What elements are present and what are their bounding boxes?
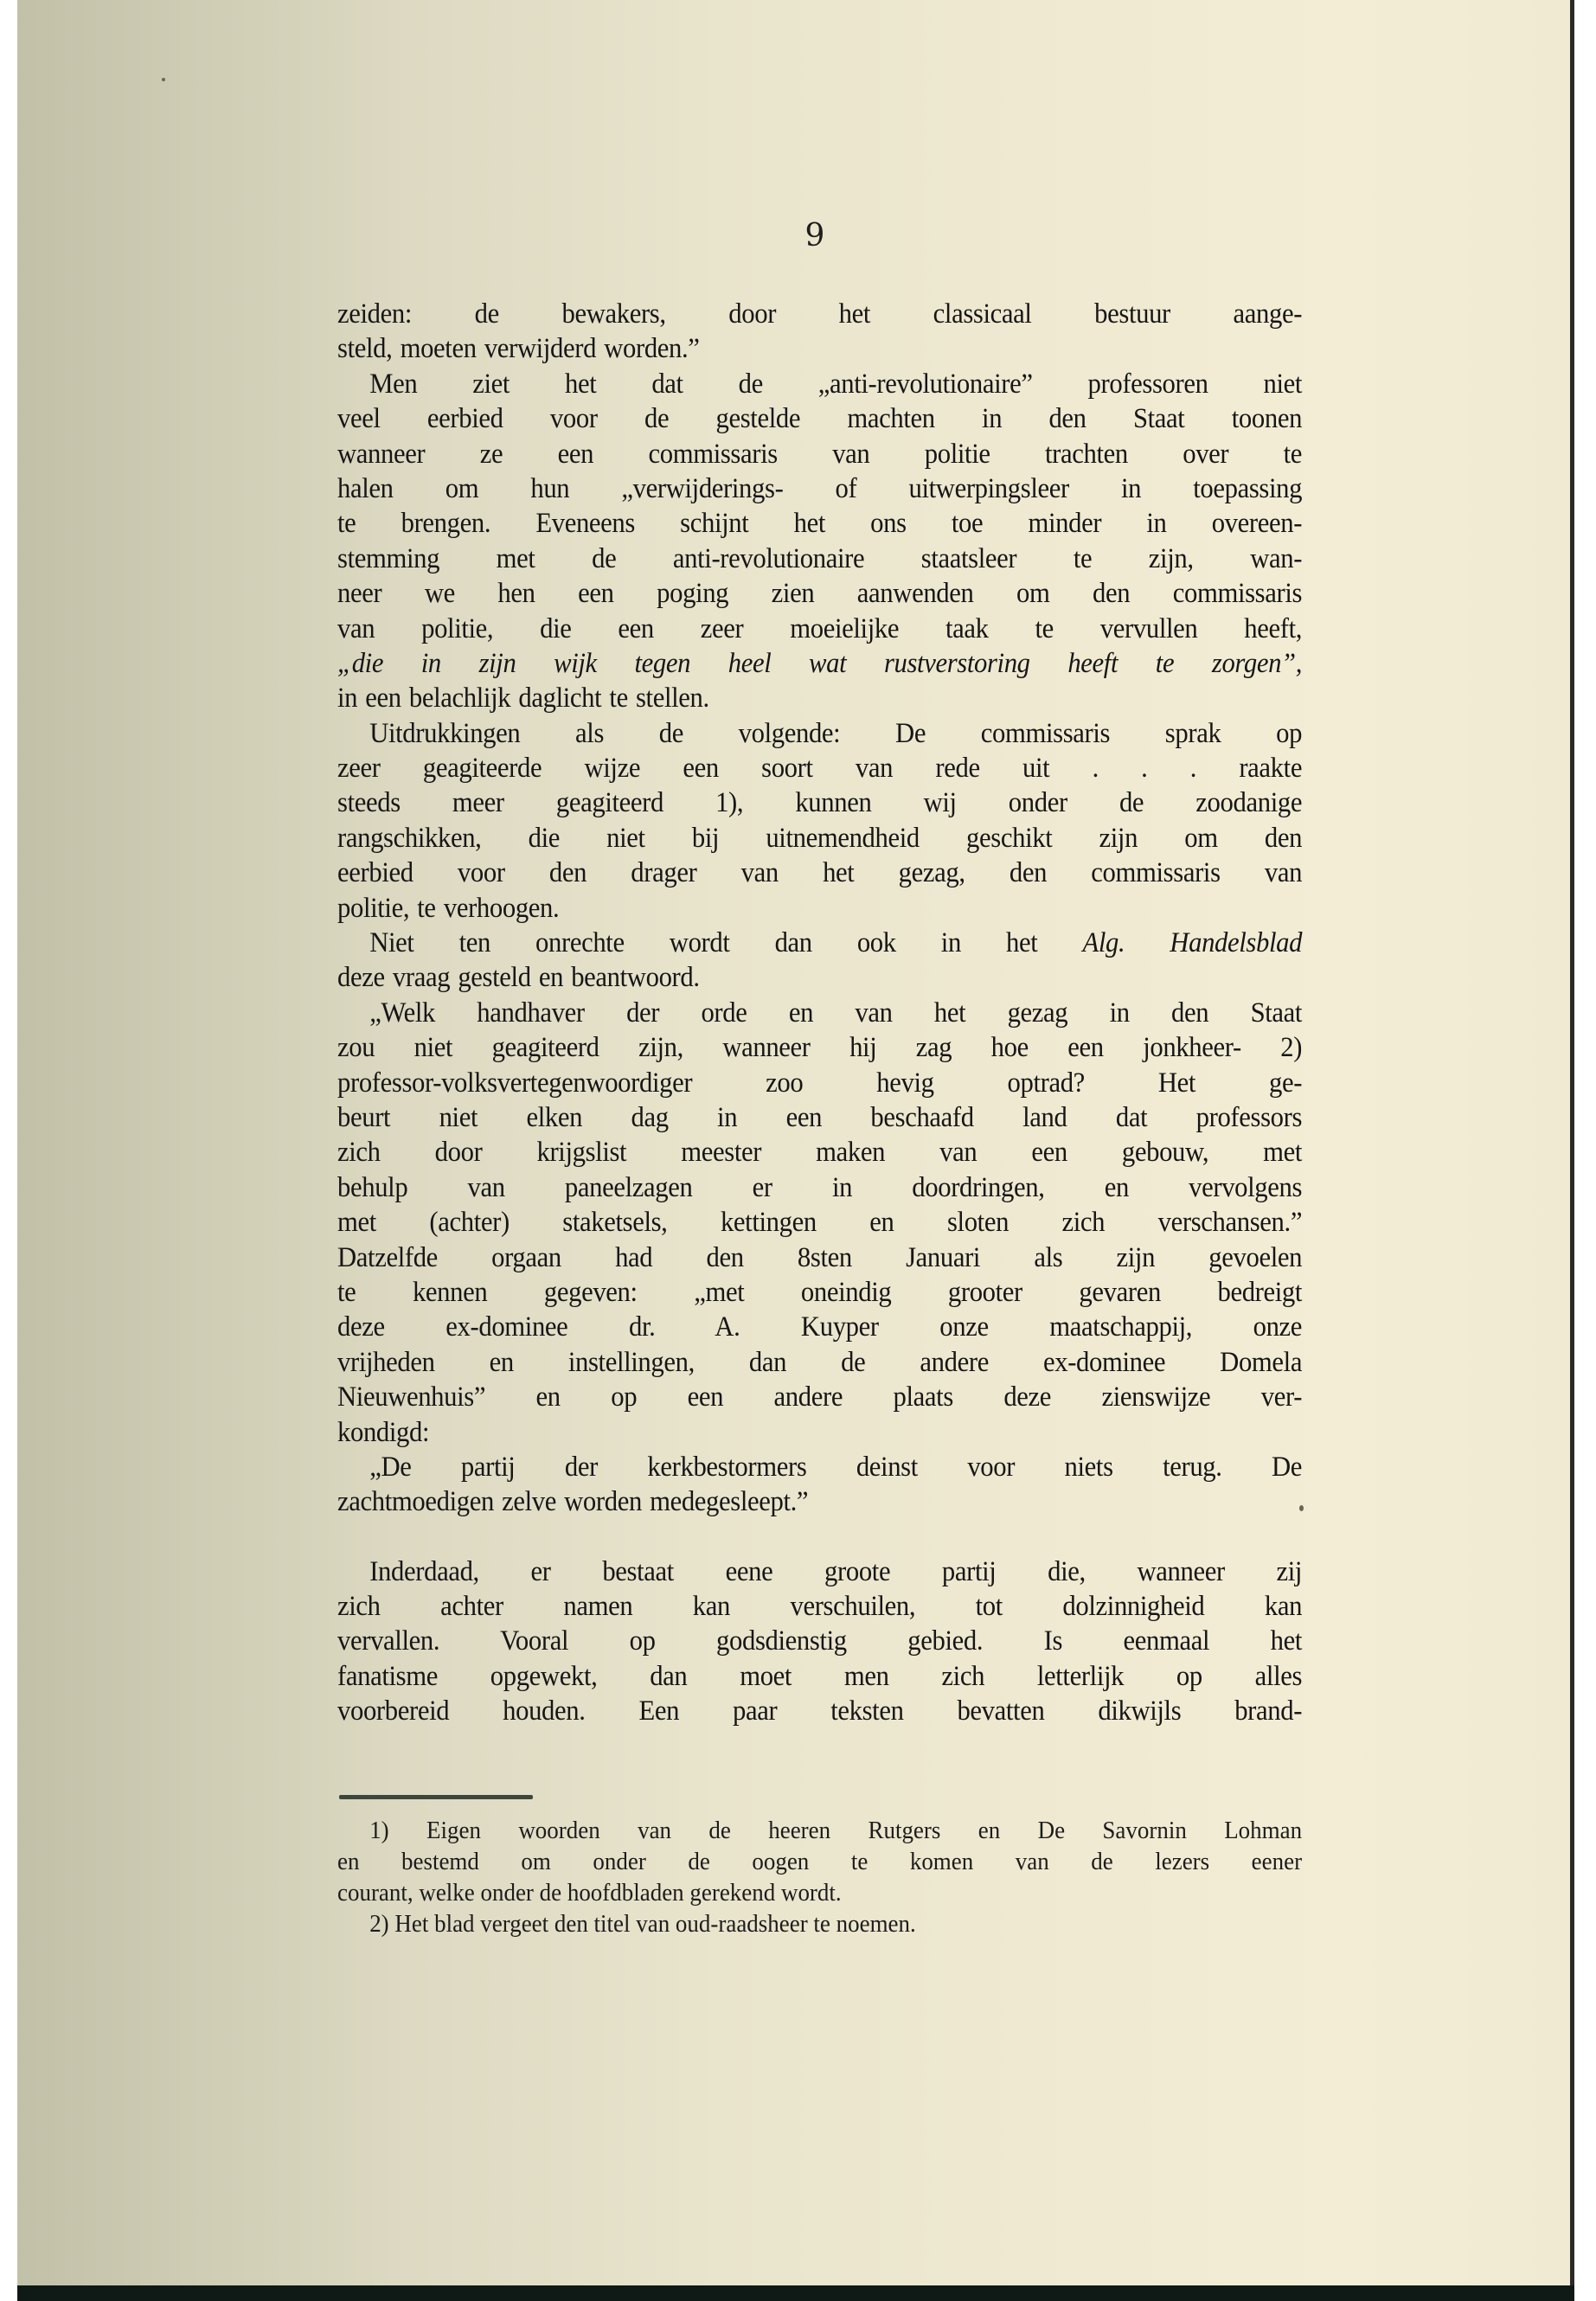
text-line: wanneer ze een commissaris van politie t… bbox=[337, 437, 1302, 471]
text-line: in een belachlijk daglicht te stellen. bbox=[337, 681, 1302, 715]
text-line: Men ziet het dat de „anti-revolutionaire… bbox=[337, 367, 1302, 401]
text-line: te brengen. Eveneens schijnt het ons toe… bbox=[337, 506, 1302, 541]
text-line: politie, te verhoogen. bbox=[337, 891, 1302, 926]
text-line: fanatisme opgewekt, dan moet men zich le… bbox=[337, 1659, 1302, 1694]
text-line: stemming met de anti-revolutionaire staa… bbox=[337, 542, 1302, 576]
text-line: te kennen gegeven: „met oneindig grooter… bbox=[337, 1275, 1302, 1310]
paper-speck bbox=[162, 78, 165, 81]
newspaper-title: Alg. Handelsblad bbox=[1082, 927, 1302, 958]
footnote-line: 2) Het blad vergeet den titel van oud-ra… bbox=[337, 1908, 1302, 1939]
text-line: deze ex-dominee dr. A. Kuyper onze maats… bbox=[337, 1310, 1302, 1344]
paper-speck bbox=[1299, 1505, 1304, 1511]
text-line: „Welk handhaver der orde en van het geza… bbox=[337, 996, 1302, 1030]
paragraph-gap bbox=[337, 1520, 1302, 1554]
footnote-rule bbox=[339, 1795, 533, 1799]
text-line: „De partij der kerkbestormers deinst voo… bbox=[337, 1450, 1302, 1484]
text-segment: Niet ten onrechte wordt dan ook in het bbox=[369, 927, 1037, 958]
text-line: kondigd: bbox=[337, 1415, 1302, 1450]
text-line: voorbereid houden. Een paar teksten beva… bbox=[337, 1694, 1302, 1728]
text-line: Uitdrukkingen als de volgende: De commis… bbox=[337, 716, 1302, 751]
italic-quote-line: „die in zijn wijk tegen heel wat rustver… bbox=[337, 646, 1302, 681]
text-line: beurt niet elken dag in een beschaafd la… bbox=[337, 1100, 1302, 1135]
page-number: 9 bbox=[796, 218, 834, 253]
text-line: zou niet geagiteerd zijn, wanneer hij za… bbox=[337, 1030, 1302, 1065]
scan-bottom-border bbox=[17, 2285, 1574, 2301]
text-line: van politie, die een zeer moeielijke taa… bbox=[337, 612, 1302, 646]
text-line: Nieuwenhuis” en op een andere plaats dez… bbox=[337, 1380, 1302, 1414]
text-line: met (achter) staketsels, kettingen en sl… bbox=[337, 1205, 1302, 1240]
text-line: steeds meer geagiteerd 1), kunnen wij on… bbox=[337, 785, 1302, 820]
text-line: rangschikken, die niet bij uitnemendheid… bbox=[337, 821, 1302, 856]
text-line: deze vraag gesteld en beantwoord. bbox=[337, 960, 1302, 995]
text-line: zich achter namen kan verschuilen, tot d… bbox=[337, 1589, 1302, 1624]
footnote-line: 1) Eigen woorden van de heeren Rutgers e… bbox=[337, 1815, 1302, 1846]
footnotes: 1) Eigen woorden van de heeren Rutgers e… bbox=[337, 1815, 1302, 1939]
text-line: zeer geagiteerde wijze een soort van red… bbox=[337, 751, 1302, 785]
text-line: zich door krijgslist meester maken van e… bbox=[337, 1135, 1302, 1170]
text-line: Inderdaad, er bestaat eene groote partij… bbox=[337, 1554, 1302, 1589]
text-line: neer we hen een poging zien aanwenden om… bbox=[337, 576, 1302, 611]
page-edge bbox=[1570, 0, 1574, 2285]
footnote-line: courant, welke onder de hoofdbladen gere… bbox=[337, 1877, 1302, 1908]
text-line-with-newspaper: Niet ten onrechte wordt dan ook in het A… bbox=[337, 926, 1302, 960]
text-line: steld, moeten verwijderd worden.” bbox=[337, 331, 1302, 366]
text-line: Datzelfde orgaan had den 8sten Januari a… bbox=[337, 1240, 1302, 1275]
text-line: professor-volksvertegenwoordiger zoo hev… bbox=[337, 1066, 1302, 1100]
text-line: zeiden: de bewakers, door het classicaal… bbox=[337, 297, 1302, 331]
text-line: eerbied voor den drager van het gezag, d… bbox=[337, 856, 1302, 890]
text-line: zachtmoedigen zelve worden medegesleept.… bbox=[337, 1484, 1302, 1519]
text-line: behulp van paneelzagen er in doordringen… bbox=[337, 1170, 1302, 1205]
text-line: vrijheden en instellingen, dan de andere… bbox=[337, 1345, 1302, 1380]
body-text: zeiden: de bewakers, door het classicaal… bbox=[337, 297, 1302, 1729]
text-line: veel eerbied voor de gestelde machten in… bbox=[337, 401, 1302, 436]
text-line: halen om hun „verwijderings- of uitwerpi… bbox=[337, 471, 1302, 506]
text-line: vervallen. Vooral op godsdienstig gebied… bbox=[337, 1624, 1302, 1658]
footnote-line: en bestemd om onder de oogen te komen va… bbox=[337, 1846, 1302, 1877]
